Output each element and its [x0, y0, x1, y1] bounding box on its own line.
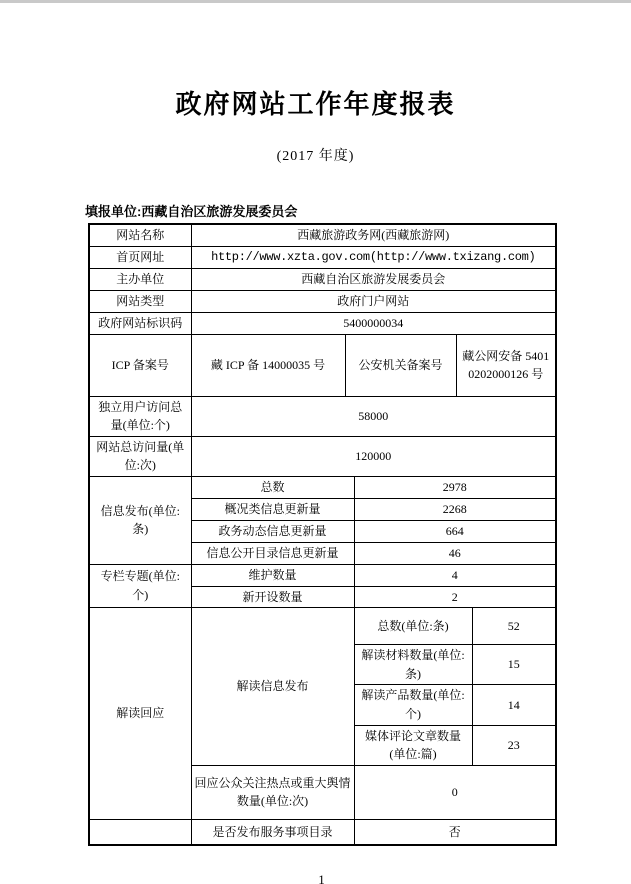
police-record-number: 藏公网安备 54010202000126 号: [456, 334, 556, 396]
table-row: 专栏专题(单位:个) 维护数量 4: [89, 564, 556, 586]
homepage-url-value: http://www.xzta.gov.com(http://www.txiza…: [191, 246, 556, 268]
site-type-value: 政府门户网站: [191, 290, 556, 312]
empty-cell: [89, 819, 191, 845]
special-columns-group-label: 专栏专题(单位:个): [89, 564, 191, 607]
table-row: 独立用户访问总量(单位:个) 58000: [89, 396, 556, 436]
table-row: ICP 备案号 藏 ICP 备 14000035 号 公安机关备案号 藏公网安备…: [89, 334, 556, 396]
interpretation-row-label: 解读材料数量(单位:条): [354, 645, 472, 685]
icp-number: 藏 ICP 备 14000035 号: [191, 334, 345, 396]
special-columns-row-value: 4: [354, 564, 556, 586]
reporting-unit-line: 填报单位:西藏自治区旅游发展委员会: [85, 201, 631, 220]
document-page: 政府网站工作年度报表 (2017 年度) 填报单位:西藏自治区旅游发展委员会 网…: [0, 84, 631, 884]
homepage-url-label: 首页网址: [89, 246, 191, 268]
table-row: 解读回应 解读信息发布 总数(单位:条) 52: [89, 608, 556, 645]
interpretation-group-label: 解读回应: [89, 608, 191, 820]
interpretation-row-value: 14: [472, 685, 556, 725]
interpretation-row-label: 解读产品数量(单位:个): [354, 685, 472, 725]
interpretation-row-label: 媒体评论文章数量(单位:篇): [354, 725, 472, 765]
info-publish-row-value: 2978: [354, 476, 556, 498]
interpretation-row-value: 52: [472, 608, 556, 645]
organizer-label: 主办单位: [89, 268, 191, 290]
info-publish-row-value: 664: [354, 520, 556, 542]
table-row: 首页网址 http://www.xzta.gov.com(http://www.…: [89, 246, 556, 268]
special-columns-row-label: 新开设数量: [191, 586, 354, 608]
response-row-label: 回应公众关注热点或重大舆情数量(单位:次): [191, 765, 354, 819]
annual-report-table: 网站名称 西藏旅游政务网(西藏旅游网) 首页网址 http://www.xzta…: [88, 223, 557, 846]
info-publish-row-label: 概况类信息更新量: [191, 498, 354, 520]
site-name-label: 网站名称: [89, 224, 191, 246]
page-title: 政府网站工作年度报表: [0, 84, 631, 121]
info-publish-row-label: 总数: [191, 476, 354, 498]
special-columns-row-value: 2: [354, 586, 556, 608]
info-publish-row-label: 政务动态信息更新量: [191, 520, 354, 542]
table-row: 网站类型 政府门户网站: [89, 290, 556, 312]
site-id-value: 5400000034: [191, 312, 556, 334]
table-row: 网站名称 西藏旅游政务网(西藏旅游网): [89, 224, 556, 246]
unique-visitors-label: 独立用户访问总量(单位:个): [89, 396, 191, 436]
organizer-value: 西藏自治区旅游发展委员会: [191, 268, 556, 290]
info-publish-row-value: 46: [354, 542, 556, 564]
table-row: 主办单位 西藏自治区旅游发展委员会: [89, 268, 556, 290]
service-row-label: 是否发布服务事项目录: [191, 819, 354, 845]
info-publish-row-value: 2268: [354, 498, 556, 520]
site-id-label: 政府网站标识码: [89, 312, 191, 334]
top-border-bar: [0, 0, 631, 3]
interpretation-row-label: 总数(单位:条): [354, 608, 472, 645]
site-type-label: 网站类型: [89, 290, 191, 312]
police-record-label: 公安机关备案号: [345, 334, 456, 396]
interpretation-publish-label: 解读信息发布: [191, 608, 354, 766]
page-number: 1: [88, 872, 555, 884]
service-row-value: 否: [354, 819, 556, 845]
table-row: 信息发布(单位:条) 总数 2978: [89, 476, 556, 498]
info-publish-group-label: 信息发布(单位:条): [89, 476, 191, 564]
total-visits-value: 120000: [191, 436, 556, 476]
total-visits-label: 网站总访问量(单位:次): [89, 436, 191, 476]
interpretation-row-value: 15: [472, 645, 556, 685]
table-row: 是否发布服务事项目录 否: [89, 819, 556, 845]
unique-visitors-value: 58000: [191, 396, 556, 436]
table-row: 政府网站标识码 5400000034: [89, 312, 556, 334]
interpretation-row-value: 23: [472, 725, 556, 765]
info-publish-row-label: 信息公开目录信息更新量: [191, 542, 354, 564]
response-row-value: 0: [354, 765, 556, 819]
icp-label: ICP 备案号: [89, 334, 191, 396]
site-name-value: 西藏旅游政务网(西藏旅游网): [191, 224, 556, 246]
special-columns-row-label: 维护数量: [191, 564, 354, 586]
table-row: 网站总访问量(单位:次) 120000: [89, 436, 556, 476]
page-subtitle: (2017 年度): [0, 145, 631, 165]
